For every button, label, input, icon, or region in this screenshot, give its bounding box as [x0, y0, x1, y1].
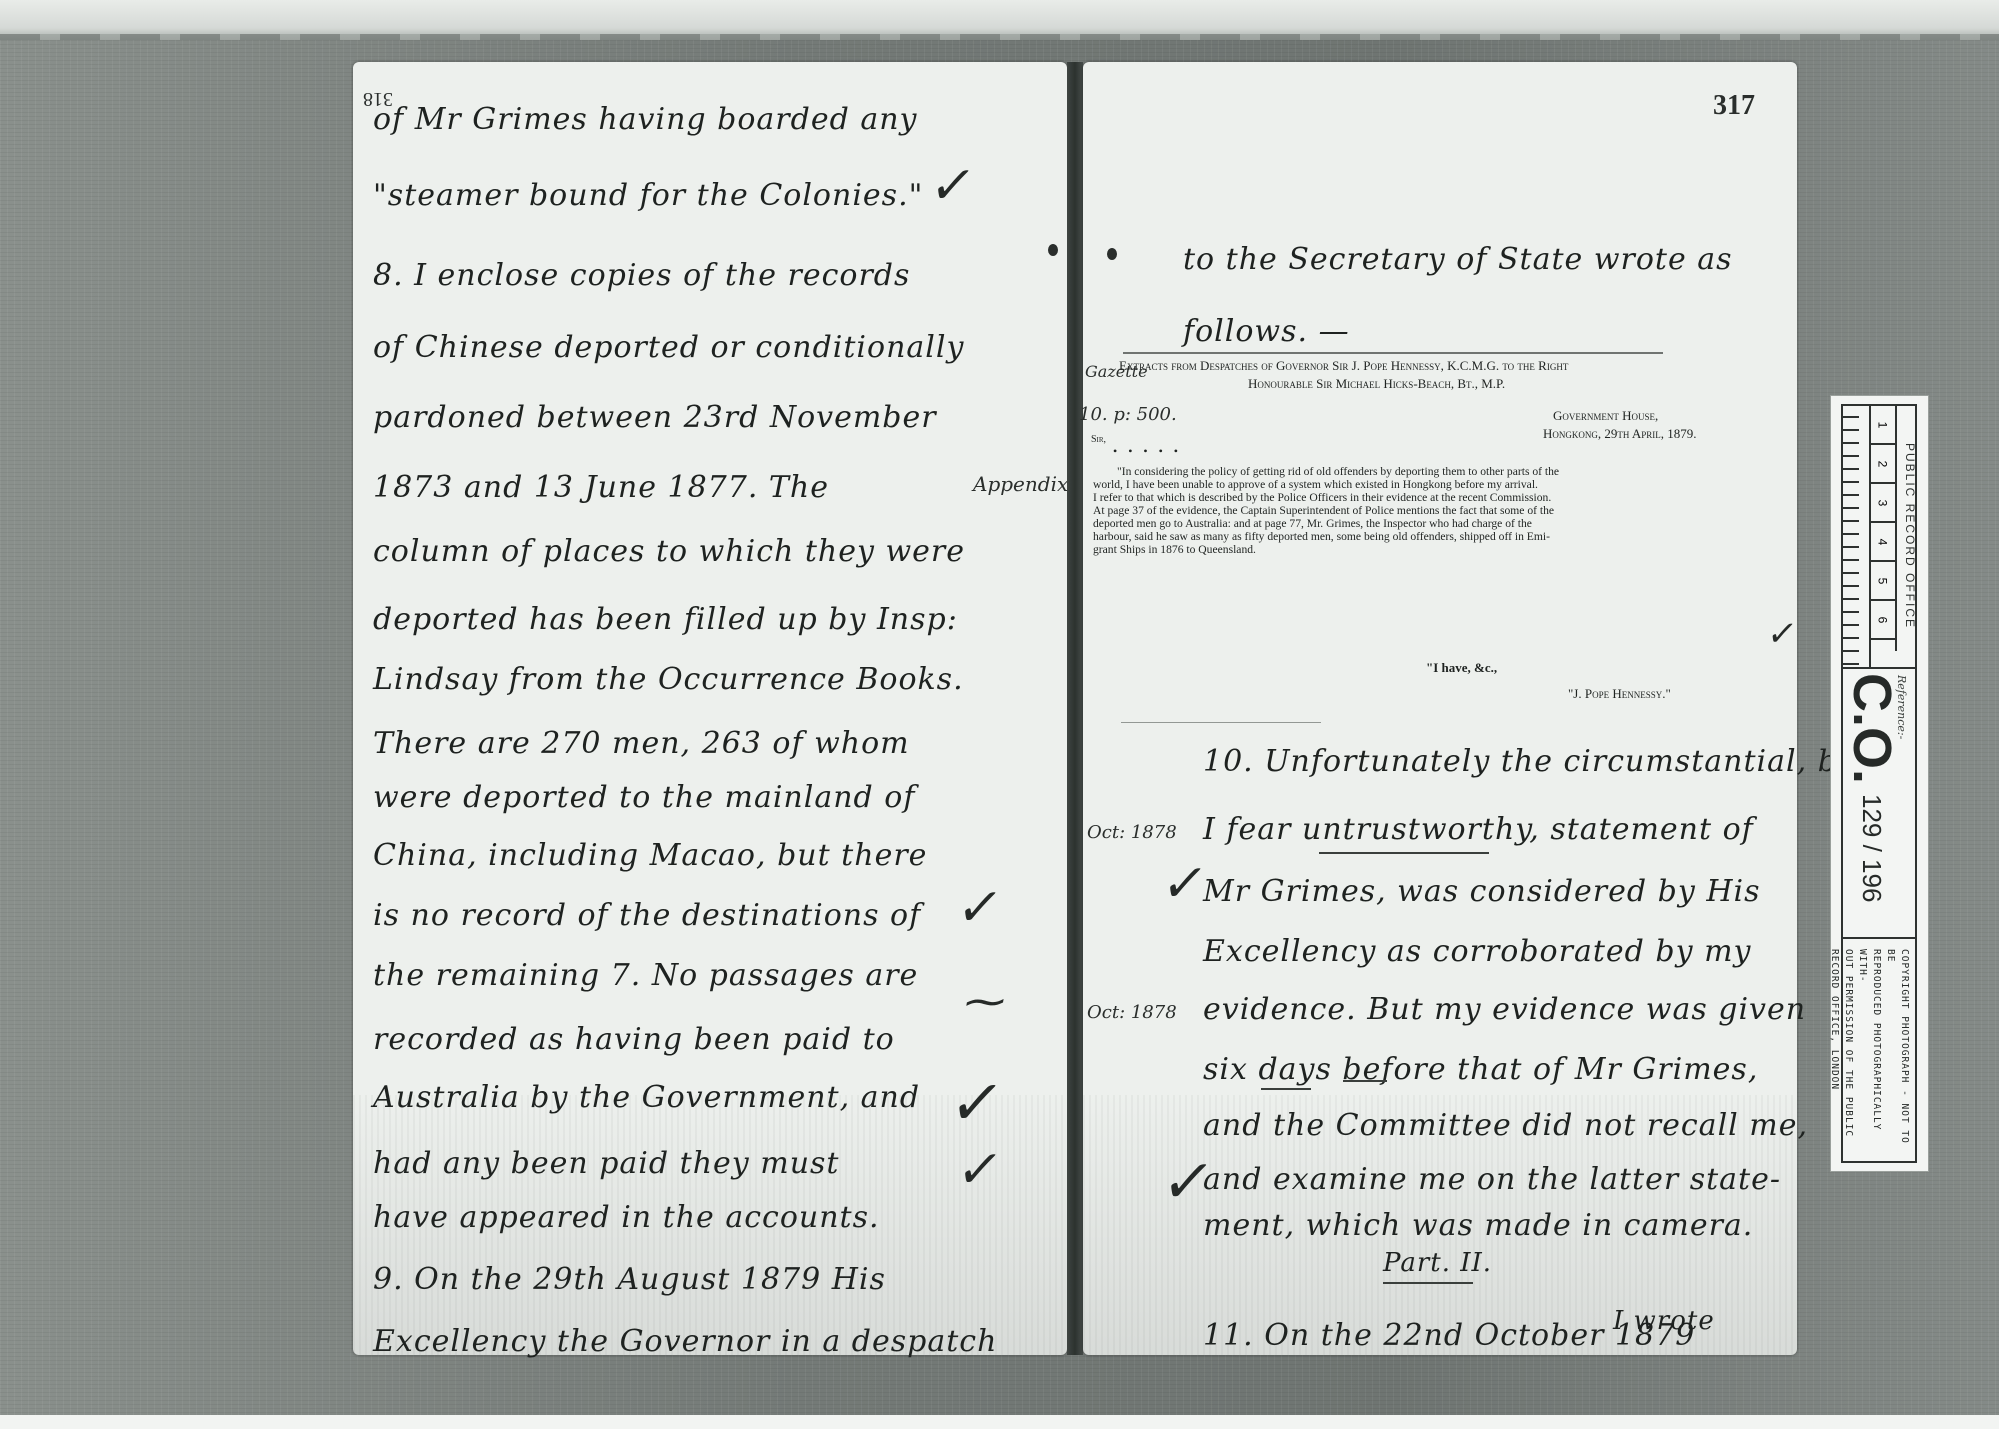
handwritten-line: of Mr Grimes having boarded any — [373, 102, 918, 137]
handwritten-line: Excellency as corroborated by my — [1203, 934, 1751, 969]
ruler-cm-mark: 3 — [1869, 484, 1895, 523]
address-line: Government House, — [1553, 408, 1658, 424]
right-page: 317 to the Secretary of State wrote as f… — [1083, 62, 1797, 1355]
handwritten-line: 9. On the 29th August 1879 His — [373, 1262, 886, 1297]
ruler-ticks — [1843, 406, 1871, 667]
reference-box: Reference:- C.O. 129 / 196 — [1841, 669, 1917, 937]
handwritten-line: ment, which was made in camera. — [1203, 1208, 1753, 1243]
handwritten-line: Excellency the Governor in a despatch — [373, 1324, 997, 1359]
handwritten-line: I wrote — [1613, 1306, 1715, 1336]
ruler-cm-mark: 6 — [1869, 601, 1895, 640]
check-mark-icon: ✓ — [953, 882, 1006, 934]
ruler-cm-mark: 5 — [1869, 562, 1895, 601]
handwritten-line: 1873 and 13 June 1877. The — [373, 470, 829, 505]
extract-body-line: At page 37 of the evidence, the Captain … — [1093, 504, 1783, 517]
margin-note-date: Oct: 1878 — [1087, 1002, 1177, 1023]
reference-number: 129 / 196 — [1859, 794, 1885, 902]
handwritten-line: column of places to which they were — [373, 534, 965, 569]
handwritten-line: Australia by the Government, and — [373, 1080, 920, 1115]
extract-heading: Extracts from Despatches of Governor Sir… — [1119, 358, 1568, 374]
extract-body-line: world, I have been unable to approve of … — [1093, 478, 1783, 491]
handwritten-line: of Chinese deported or conditionally — [373, 330, 964, 365]
margin-note-page-ref: 10. p: 500. — [1079, 404, 1177, 425]
section-heading: Part. II. — [1383, 1248, 1492, 1278]
reference-code: C.O. 129 / 196 — [1845, 673, 1899, 903]
ruler-scale: 1 2 3 4 5 6 PUBLIC RECORD OFFICE — [1841, 404, 1917, 669]
handwritten-line: 10. Unfortunately the circumstantial, bu… — [1203, 744, 1871, 779]
handwritten-line: 8. I enclose copies of the records — [373, 258, 910, 293]
handwritten-line: were deported to the mainland of — [373, 780, 915, 815]
ruler-title: PUBLIC RECORD OFFICE — [1897, 416, 1917, 656]
extract-body: "In considering the policy of getting ri… — [1093, 465, 1783, 556]
copyright-line: COPYRIGHT PHOTOGRAPH - NOT TO BE — [1883, 949, 1911, 1153]
extract-body-line: grant Ships in 1876 to Queensland. — [1093, 543, 1783, 556]
check-mark-icon: ✓ — [953, 1144, 1006, 1196]
extract-body-line: "In considering the policy of getting ri… — [1093, 465, 1783, 478]
handwritten-line: and examine me on the latter state- — [1203, 1162, 1781, 1197]
extract-body-line: deported men go to Australia: and at pag… — [1093, 517, 1783, 530]
signature: "J. Pope Hennessy." — [1568, 686, 1671, 702]
underline — [1383, 1282, 1473, 1284]
punch-hole-mark — [1048, 244, 1058, 256]
margin-note-date: Oct: 1878 — [1087, 822, 1177, 843]
handwritten-line: deported has been filled up by Insp: — [373, 602, 958, 637]
handwritten-line: had any been paid they must — [373, 1146, 839, 1181]
handwritten-line: is no record of the destinations of — [373, 898, 921, 933]
underline — [1343, 1080, 1387, 1082]
closing: "I have, &c., — [1426, 660, 1497, 676]
margin-note-appendix: Appendix — [973, 472, 1068, 496]
handwritten-line: evidence. But my evidence was given — [1203, 992, 1806, 1027]
handwritten-line: recorded as having been paid to — [373, 1022, 895, 1057]
handwritten-line: to the Secretary of State wrote as — [1183, 242, 1733, 277]
salutation: Sir, — [1091, 434, 1106, 445]
scanner-bottom-edge — [0, 1415, 1999, 1429]
check-mark-icon: ✓ — [1158, 1152, 1219, 1212]
record-office-ruler: 1 2 3 4 5 6 PUBLIC RECORD OFFICE Referen… — [1830, 395, 1929, 1172]
handwritten-line: the remaining 7. No passages are — [373, 958, 918, 993]
ruler-cm-mark: 1 — [1869, 406, 1895, 445]
ruler-cm-cells: 1 2 3 4 5 6 — [1869, 406, 1897, 651]
punch-hole-mark — [1107, 248, 1117, 260]
page-gutter — [1067, 62, 1083, 1355]
handwritten-line: Mr Grimes, was considered by His — [1203, 874, 1760, 909]
extract-body-line: I refer to that which is described by th… — [1093, 491, 1783, 504]
handwritten-line: six days before that of Mr Grimes, — [1203, 1052, 1758, 1087]
ruler-cm-mark: 2 — [1869, 445, 1895, 484]
handwritten-line: have appeared in the accounts. — [373, 1200, 880, 1235]
reference-series: C.O. — [1842, 673, 1902, 784]
handwritten-line: China, including Macao, but there — [373, 838, 927, 873]
handwritten-line: follows. — — [1183, 314, 1350, 349]
address-line: Hongkong, 29th April, 1879. — [1543, 426, 1697, 442]
copyright-box: COPYRIGHT PHOTOGRAPH - NOT TO BE REPRODU… — [1841, 937, 1917, 1163]
divider-line — [1121, 722, 1321, 723]
ellipsis-marks: • • • • • — [1113, 444, 1182, 459]
handwritten-line: I fear untrustworthy, statement of — [1203, 812, 1754, 847]
check-mark-icon: ✓ — [946, 1072, 1009, 1134]
copyright-line: REPRODUCED PHOTOGRAPHICALLY WITH- — [1855, 949, 1883, 1153]
underline — [1261, 1088, 1311, 1090]
copyright-line: OUT PERMISSION OF THE PUBLIC — [1841, 949, 1855, 1153]
underline — [1319, 852, 1489, 854]
check-mark-icon: ✓ — [1765, 617, 1799, 651]
folio-number-right: 317 — [1713, 90, 1755, 122]
handwritten-line: There are 270 men, 263 of whom — [373, 726, 910, 761]
handwritten-line: "steamer bound for the Colonies." — [373, 178, 923, 213]
extract-body-line: harbour, said he saw as many as fifty de… — [1093, 530, 1783, 543]
handwritten-line: and the Committee did not recall me, — [1203, 1108, 1808, 1143]
ruler-cm-mark: 4 — [1869, 523, 1895, 562]
left-page: 318 of Mr Grimes having boarded any "ste… — [353, 62, 1067, 1355]
copyright-notice: COPYRIGHT PHOTOGRAPH - NOT TO BE REPRODU… — [1851, 949, 1911, 1153]
check-mark-icon: ✓ — [926, 160, 979, 212]
divider-line — [1123, 352, 1663, 354]
extract-heading: Honourable Sir Michael Hicks-Beach, Bt.,… — [1248, 376, 1505, 392]
check-mark-icon: ⁓ — [961, 982, 1008, 1022]
copyright-line: RECORD OFFICE, LONDON — [1827, 949, 1841, 1153]
scanner-top-strip — [0, 0, 1999, 40]
handwritten-line: Lindsay from the Occurrence Books. — [373, 662, 964, 697]
handwritten-line: pardoned between 23rd November — [373, 400, 937, 435]
